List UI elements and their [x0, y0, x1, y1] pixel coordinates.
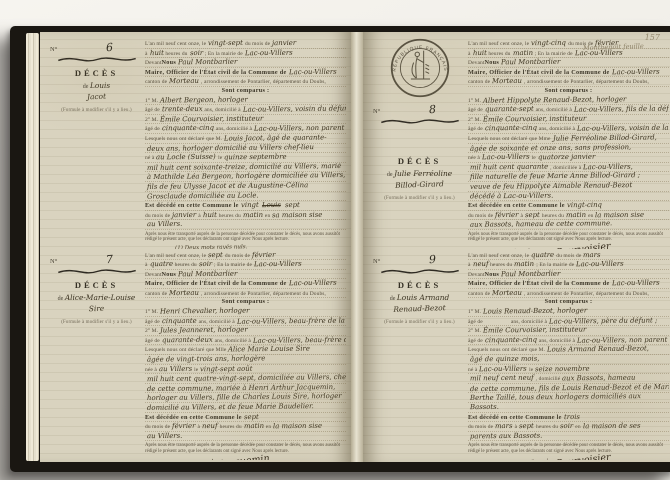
handwritten-text: cinquante — [162, 317, 197, 326]
deces-heading: DÉCÈS — [48, 68, 145, 78]
form-lines: L'an mil neuf cent onze, le vingt-sept d… — [145, 39, 346, 230]
form-line: 1° M. Henri Chevalier, horloger — [145, 307, 346, 317]
printed-bold-text: Sont comparus : — [222, 87, 270, 96]
handwritten-text: vingt-cinq — [531, 39, 566, 48]
form-lines: L'an mil neuf cent onze, le quatre du mo… — [468, 251, 669, 442]
form-line: Sont comparus : — [145, 298, 346, 307]
deceased-name: de Julie Ferréoline — [371, 169, 468, 178]
handwritten-text: Morteau — [169, 289, 199, 298]
handwritten-text: Lac-ou-Villers, voisin du défunt — [243, 105, 346, 114]
no-label: N° — [373, 108, 380, 115]
printed-text: du mois de — [556, 252, 581, 261]
handwritten-text: au Villers. — [147, 220, 182, 229]
handwritten-text: Lac-ou-Villers, non parent du défunt ; — [254, 124, 346, 133]
printed-text: née à — [468, 154, 480, 163]
handwritten-text: seize novembre — [535, 365, 590, 374]
handwritten-text: Lac-ou-Villers — [611, 279, 659, 288]
printed-text: , arrondissement de Pontarlier, départem… — [201, 290, 326, 299]
register-page-left: N° 6 DÉCÈS de Louis Jacot (Formule à mod… — [40, 32, 351, 462]
handwritten-text: la maison sise — [273, 422, 322, 431]
form-line: née à Lac-ou-Villers le quatorze janvier — [468, 153, 669, 163]
form-line: L'an mil neuf cent onze, le sept du mois… — [145, 251, 346, 261]
form-line: âgé de cinquante-cinq ans, domicilié à L… — [468, 336, 669, 346]
ink-flourish — [53, 55, 141, 64]
printed-text: en — [575, 423, 580, 432]
printed-bold-text: Maire, Officier de l'État civil de la Co… — [468, 280, 610, 289]
handwritten-text: sept — [525, 211, 540, 220]
form-line: Maire, Officier de l'État civil de la Co… — [468, 68, 669, 78]
handwritten-text: quarante-sept — [485, 105, 534, 114]
form-line: 2° M. Émile Courvoisier, instituteur — [468, 115, 669, 125]
form-line: Grosclaude domiciliée au Locle. — [145, 192, 346, 202]
deceased-name: de Alice-Marie-Louise — [48, 293, 145, 302]
form-line: âgé de cinquante-cinq ans, domicilié à L… — [145, 124, 346, 134]
printed-bold-text: Nous — [484, 59, 499, 68]
printed-text: 1° M. — [145, 97, 158, 106]
handwritten-text: matin — [513, 49, 533, 58]
printed-text: âgé de — [145, 318, 160, 327]
printed-text: ans, domicilié à — [511, 318, 547, 327]
printed-text: le — [529, 366, 533, 375]
scan-background: N° 6 DÉCÈS de Louis Jacot (Formule à mod… — [0, 0, 670, 480]
printed-text: à — [198, 212, 201, 221]
printed-text: heures du — [490, 261, 512, 270]
form-line: Devant NousPaul Montbarlier — [145, 58, 346, 68]
handwritten-text: quarante-deux — [162, 336, 213, 345]
printed-text: âgé de — [468, 337, 483, 346]
printed-bold-text: Nous — [161, 59, 176, 68]
handwritten-text: Albert Bergeon, horloger — [160, 96, 248, 105]
printed-text: ans, domicilié à — [216, 125, 252, 134]
printed-text: à — [468, 50, 471, 59]
printed-text: âgé de — [468, 318, 483, 327]
entry-margin-column: N° 7 DÉCÈS de Alice-Marie-Louise Sire (F… — [48, 249, 145, 461]
form-line: décédé à Lac-ou-Villers. — [468, 192, 669, 202]
printed-text: le — [194, 366, 198, 375]
form-line: Devant NousPaul Montbarlier — [468, 270, 669, 280]
act-number-row: N° 6 — [48, 41, 145, 55]
form-line: fille naturelle de feue Marie Anne Billo… — [468, 172, 669, 182]
form-line: Lesquels nous ont déclaré que M. Louis A… — [468, 345, 669, 355]
handwritten-text: Louis Jacot, âgé de quarante- — [224, 134, 327, 143]
form-line: canton de Morteau, arrondissement de Pon… — [468, 289, 669, 299]
handwritten-text: aux Bassots, hameau de cette commune. — [470, 220, 612, 229]
printed-text: Devant — [145, 59, 161, 68]
printed-text: Lesquels nous ont déclaré que Mlle — [145, 346, 226, 355]
handwritten-text: Morteau — [169, 77, 199, 86]
signatures-block: Renaud Bezot LouisE. CourvoisierMontbarl… — [468, 456, 669, 460]
handwritten-text: veuve de feu Hippolyte Aimable Renaud-Be… — [470, 182, 632, 191]
printed-text: en — [588, 212, 593, 221]
form-line: Berthe Taillé, tous deux horlogers domic… — [468, 393, 669, 403]
de-label: de — [58, 296, 64, 302]
handwritten-text: matin — [514, 260, 534, 269]
form-line: 1° M. Albert Hippolyte Renaud-Bezot, hor… — [468, 96, 669, 106]
form-line: Sont comparus : — [468, 298, 669, 307]
handwritten-text: Paul Montbarlier — [178, 58, 237, 67]
handwritten-text: soir — [190, 49, 203, 58]
deces-heading: DÉCÈS — [371, 156, 468, 166]
handwritten-text: quinze septembre — [224, 153, 287, 162]
form-line: domicilié au Villers, et de feue Marie B… — [145, 403, 346, 413]
handwritten-text: Jules Jeanneret, horloger — [160, 326, 248, 335]
printed-text: à — [198, 423, 201, 432]
form-line: canton de Morteau, arrondissement de Pon… — [145, 77, 346, 87]
handwritten-text: horloger au Villers, fille de Charles Lo… — [147, 393, 342, 403]
handwritten-text: Lac-ou-Villers, — [583, 163, 633, 172]
form-line: Lesquels nous ont déclaré que Mlle Alice… — [145, 345, 346, 355]
handwritten-text: cinquante-cinq — [485, 124, 537, 133]
handwritten-text: Henri Chevalier, horloger — [160, 307, 250, 316]
handwritten-text: Paul Montbarlier — [178, 270, 237, 279]
printed-bold-text: Sont comparus : — [545, 87, 593, 96]
printed-text: âgé de — [145, 106, 160, 115]
printed-text: ans, domicilié à — [199, 318, 235, 327]
printed-text: en — [265, 212, 270, 221]
printed-text: 2° M. — [145, 327, 158, 336]
handwritten-text: Bassots. — [470, 403, 499, 412]
ink-flourish — [376, 267, 464, 276]
form-line: de cette commune, mariée à Henri Arthur … — [145, 384, 346, 394]
form-line: au Villers. — [145, 432, 346, 442]
book-gutter — [351, 32, 363, 462]
printed-text: ; En la mairie de — [214, 261, 252, 270]
handwritten-text: février — [252, 251, 275, 260]
printed-text: âgé de — [145, 337, 160, 346]
handwritten-text: Morteau — [492, 289, 522, 298]
handwritten-text: fille naturelle de feue Marie Anne Billo… — [470, 172, 640, 181]
act-number: 7 — [106, 252, 114, 265]
handwritten-text: mil neuf cent neuf — [470, 374, 534, 383]
handwritten-text: Grosclaude domiciliée au Locle. — [147, 192, 259, 201]
printed-bold-text: Est décédée en cette Commune le — [145, 414, 242, 423]
form-line: née à au Villers le vingt-sept août — [145, 365, 346, 375]
act-number: 8 — [429, 103, 437, 116]
formule-note: (Formule à modifier s'il y a lieu.) — [48, 108, 145, 113]
de-label: de — [390, 296, 396, 302]
closing-paragraph: Après nous être transporté auprès de la … — [145, 443, 346, 454]
printed-text: heures du — [175, 261, 197, 270]
printed-text: en — [266, 423, 271, 432]
printed-text: , arrondissement de Pontarlier, départem… — [201, 78, 326, 87]
deces-block: DÉCÈS de Louis Jacot (Formule à modifier… — [48, 68, 145, 113]
formule-note: (Formule à modifier s'il y a lieu.) — [371, 320, 468, 325]
handwritten-text: au Villers — [159, 365, 192, 374]
closing-paragraph: Après nous être transporté auprès de la … — [468, 443, 669, 454]
handwritten-text: de cette commune, mariée à Henri Arthur … — [147, 384, 335, 394]
printed-bold-text: Sont comparus : — [545, 298, 593, 307]
handwritten-text: de cette commune, fils de Louis Renaud-B… — [470, 384, 669, 394]
printed-bold-text: Est décédée en cette Commune le — [468, 202, 565, 211]
handwritten-text: Lac-ou-Villers, voisin de la défunte ; — [577, 124, 669, 133]
handwritten-text: fils de feu Ulysse Jacot et de Augustine… — [147, 182, 308, 191]
form-line: Bassots. — [468, 403, 669, 413]
deceased-name-line: Julie Ferréoline — [394, 169, 452, 178]
handwritten-text: quatre — [531, 251, 554, 260]
handwritten-text: mil huit cent soixante-treize, domicilié… — [147, 163, 341, 173]
form-line: âgé de quinze mois, — [468, 355, 669, 365]
form-line: né à Lac-ou-Villers le seize novembre — [468, 365, 669, 375]
printed-text: né à — [145, 154, 154, 163]
printed-text: 1° M. — [145, 308, 158, 317]
form-line: mil huit cent quatre-vingt-sept, domicil… — [145, 374, 346, 384]
handwritten-text: Lac-ou-Villers, fils de la défunte — [574, 105, 669, 114]
printed-text: canton de — [145, 290, 167, 299]
handwritten-text: Lac-ou-Villers — [576, 260, 624, 269]
printed-text: âgé de — [468, 125, 483, 134]
form-line: Maire, Officier de l'État civil de la Co… — [145, 68, 346, 78]
printed-text: à — [145, 261, 148, 270]
handwritten-text: Paul Montbarlier — [501, 58, 560, 67]
printed-text: né à — [468, 366, 477, 375]
republique-francaise-stamp: RÉPUBLIQUE FRANÇAISE — [389, 37, 451, 99]
handwritten-text: Lac-ou-Villers — [254, 260, 302, 269]
form-line: âgée de soixante et onze ans, sans profe… — [468, 144, 669, 154]
handwritten-text: décédé à Lac-ou-Villers. — [470, 192, 553, 201]
form-line: L'an mil neuf cent onze, le vingt-sept d… — [145, 39, 346, 49]
printed-text: Lesquels nous ont déclaré que M. — [468, 346, 545, 355]
de-label: de — [83, 84, 89, 90]
printed-bold-text: Est décédé en cette Commune le — [145, 202, 239, 211]
handwritten-text: matin — [243, 211, 263, 220]
handwritten-text: Louis Armand Renaud-Bezot, — [547, 345, 649, 354]
printed-text: L'an mil neuf cent onze, le — [145, 40, 206, 49]
act-number-row: N° 9 — [371, 253, 468, 267]
printed-text: le — [218, 154, 222, 163]
printed-text: 1° M. — [468, 97, 481, 106]
death-record-entry: N° 6 DÉCÈS de Louis Jacot (Formule à mod… — [48, 37, 349, 249]
printed-text: ans, domicilié à — [204, 106, 240, 115]
handwritten-text: huit — [473, 49, 487, 58]
signatures-block: Chevalier HenriJacqueminMontbarlier — [145, 456, 346, 460]
form-line: canton de Morteau, arrondissement de Pon… — [468, 77, 669, 87]
form-line: Maire, Officier de l'État civil de la Co… — [145, 279, 346, 289]
form-line: âgé de cinquante ans, domicilié à Lac-ou… — [145, 317, 346, 327]
deces-block: DÉCÈS de Julie Ferréoline Billod-Girard … — [371, 156, 468, 201]
entry-body: L'an mil neuf cent onze, le quatre du mo… — [468, 249, 670, 461]
handwritten-text: vingt-cinq — [567, 201, 602, 210]
printed-text: du mois de — [145, 423, 170, 432]
entry-margin-column: N° 9 DÉCÈS de Louis Armand Renaud-Bezot … — [371, 249, 468, 461]
handwritten-text: âgé de quinze mois, — [470, 355, 540, 364]
handwritten-text: la maison de ses — [583, 422, 641, 431]
printed-text: née à — [145, 366, 157, 375]
form-line: parents aux Bassots. — [468, 432, 669, 442]
printed-text: L'an mil neuf cent onze, le — [145, 252, 206, 261]
printed-text: , arrondissement de Pontarlier, départem… — [524, 290, 649, 299]
printed-text: , arrondissement de Pontarlier, départem… — [524, 78, 649, 87]
printed-text: Devant — [468, 271, 484, 280]
printed-text: à — [515, 423, 518, 432]
entry-body: L'an mil neuf cent onze, le vingt-sept d… — [145, 37, 349, 249]
death-record-entry: N° 9 DÉCÈS de Louis Armand Renaud-Bezot … — [371, 249, 670, 461]
deceased-name-line: Jacot — [48, 90, 145, 102]
printed-text: 1° M. — [468, 308, 481, 317]
handwritten-text: trente-deux — [162, 105, 203, 114]
de-label: de — [387, 172, 393, 178]
printed-text: le — [532, 154, 536, 163]
form-line: âgé de cinquante-cinq ans, domicilié à L… — [468, 124, 669, 134]
handwritten-text: âgée de soixante et onze ans, sans profe… — [470, 144, 631, 153]
printed-text: , domicilié — [536, 375, 561, 384]
handwritten-text: la maison sise — [595, 211, 644, 220]
handwritten-text: Lac-ou-Villers — [288, 68, 336, 77]
printed-text: âgé de — [145, 125, 160, 134]
printed-text: âgé de — [468, 106, 483, 115]
handwritten-text: Lac-ou-Villers — [479, 365, 527, 374]
form-line: 2° M. Émile Courvoisier, instituteur — [145, 115, 346, 125]
printed-text: canton de — [145, 78, 167, 87]
form-line: 1° M. Albert Bergeon, horloger — [145, 96, 346, 106]
form-line: Maire, Officier de l'État civil de la Co… — [468, 279, 669, 289]
form-line: Devant NousPaul Montbarlier — [145, 270, 346, 280]
printed-text: ans, domicilié à — [536, 106, 572, 115]
handwritten-text: Louis Renaud-Bezot, horloger — [483, 307, 587, 316]
form-lines: L'an mil neuf cent onze, le sept du mois… — [145, 251, 346, 442]
handwritten-text: mars — [495, 422, 513, 431]
form-line: mil huit cent quarante, domiciliée à Lac… — [468, 163, 669, 173]
handwritten-text: Julie Ferréoline Billod-Girard, — [553, 134, 657, 143]
entry-margin-column: N° 6 DÉCÈS de Louis Jacot (Formule à mod… — [48, 37, 145, 249]
printed-bold-text: Nous — [161, 271, 176, 280]
deces-heading: DÉCÈS — [371, 280, 468, 290]
handwritten-text: Émile Courvoisier, instituteur — [160, 115, 263, 124]
form-line: Est décédée en cette Commune lesept — [145, 413, 346, 423]
printed-text: 2° M. — [468, 116, 481, 125]
no-label: N° — [50, 46, 57, 53]
handwritten-text: Paul Montbarlier — [501, 270, 560, 279]
form-line: Lesquels nous ont déclaré que Mme Julie … — [468, 134, 669, 144]
handwritten-text: quatorze janvier — [538, 153, 595, 162]
printed-text: du mois de — [245, 40, 270, 49]
deces-block: DÉCÈS de Louis Armand Renaud-Bezot (Form… — [371, 280, 468, 325]
handwritten-text: trois — [564, 413, 580, 422]
form-line: canton de Morteau, arrondissement de Pon… — [145, 289, 346, 299]
handwritten-text: sa maison sise — [272, 211, 322, 220]
deceased-name-line: Alice-Marie-Louise — [65, 293, 135, 302]
act-number: 9 — [429, 252, 437, 265]
form-line: Lesquels nous ont déclaré que M. Louis J… — [145, 134, 346, 144]
form-line: Sont comparus : — [145, 87, 346, 96]
handwritten-text: Émile Courvoisier, instituteur — [483, 115, 586, 124]
form-line: à huit heures du soir ; En la mairie de … — [145, 49, 346, 59]
printed-bold-text: Maire, Officier de l'État civil de la Co… — [468, 69, 610, 78]
printed-text: Devant — [145, 271, 161, 280]
form-line: Est décédé en cette Commune letrois — [468, 413, 669, 423]
formule-note: (Formule à modifier s'il y a lieu.) — [371, 196, 468, 201]
handwritten-text: janvier — [272, 39, 296, 48]
form-line: à quatre heures du soir ; En la mairie d… — [145, 260, 346, 270]
handwritten-text: Lac-ou-Villers, père du défunt ; — [549, 317, 657, 326]
handwritten-text: Lac-ou-Villers — [482, 153, 530, 162]
open-pages: N° 6 DÉCÈS de Louis Jacot (Formule à mod… — [40, 32, 670, 462]
entry-margin-column: RÉPUBLIQUE FRANÇAISE N° 8 — [371, 37, 468, 249]
form-line: âgé de trente-deux ans, domicilié à Lac-… — [145, 105, 346, 115]
death-record-entry: N° 7 DÉCÈS de Alice-Marie-Louise Sire (F… — [48, 249, 349, 461]
form-line: du mois de février à neuf heures du mati… — [145, 422, 346, 432]
page-number-annotation: 157 — [645, 33, 660, 42]
printed-text: L'an mil neuf cent onze, le — [468, 40, 529, 49]
handwritten-text: Lac-ou-Villers, beau-frère de la défunte — [237, 317, 346, 326]
ink-flourish — [53, 267, 141, 276]
form-line: à Mathilde Léa Bergeon, horlogère domici… — [145, 172, 346, 182]
printed-text: du mois de — [468, 423, 493, 432]
form-line: Sont comparus : — [468, 87, 669, 96]
handwritten-text: deux ans, horloger domicilié au Villers … — [147, 144, 314, 153]
printed-text: ; En la mairie de — [535, 50, 573, 59]
handwritten-text: Lac-ou-Villers — [611, 68, 659, 77]
handwritten-text: sept — [519, 422, 534, 431]
form-line: aux Bassots, hameau de cette commune. — [468, 220, 669, 230]
deceased-name-line: Louis — [90, 81, 110, 90]
handwritten-text: sept — [285, 201, 300, 210]
handwritten-text: aux Bassots, hameau — [562, 374, 635, 383]
printed-text: ans, domicilié à — [539, 337, 575, 346]
handwritten-text: au Villers. — [147, 432, 182, 441]
handwritten-text: domicilié au Villers, et de feue Marie B… — [147, 403, 314, 412]
handwritten-text: matin — [244, 422, 264, 431]
printed-text: heures du — [220, 423, 242, 432]
deceased-name: de Louis — [48, 81, 145, 90]
printed-text: heures du — [165, 50, 187, 59]
printed-text: 2° M. — [468, 327, 481, 336]
handwritten-text: soir — [560, 422, 573, 431]
handwritten-text: Morteau — [492, 77, 522, 86]
form-line: âgée de vingt-trois ans, horlogère — [145, 355, 346, 365]
entry-body: L'an mil neuf cent onze, le sept du mois… — [145, 249, 349, 461]
printed-text: Lesquels nous ont déclaré que Mme — [468, 135, 551, 144]
no-label: N° — [50, 258, 57, 265]
form-line: Est décédée en cette Commune levingt-cin… — [468, 201, 669, 211]
deceased-name-line: Louis Armand — [397, 293, 449, 302]
handwritten-text: Alice Marie Louise Sire — [228, 345, 310, 354]
handwritten-text: février — [172, 422, 195, 431]
handwritten-text: cinquante-cinq — [162, 124, 214, 133]
printed-text: 2° M. — [145, 116, 158, 125]
handwritten-text: mars — [583, 251, 601, 260]
printed-text: heures du — [219, 212, 241, 221]
handwritten-text: Berthe Taillé, tous deux horlogers domic… — [470, 393, 641, 402]
deceased-name-line: Renaud-Bezot — [371, 302, 468, 314]
printed-text: Lesquels nous ont déclaré que M. — [145, 135, 222, 144]
form-line: Devant NousPaul Montbarlier — [468, 58, 669, 68]
printed-text: ans, domicilié à — [539, 125, 575, 134]
handwritten-text: Lac-ou-Villers, non parent du défunt ; — [577, 336, 669, 345]
printed-bold-text: Maire, Officier de l'État civil de la Co… — [145, 280, 287, 289]
handwritten-text: Lac-ou-Villers — [288, 279, 336, 288]
handwritten-text: Albert Hippolyte Renaud-Bezot, horloger — [483, 96, 626, 105]
handwritten-text: vingt — [241, 201, 259, 210]
form-line: né à au Locle (Suisse) le quinze septemb… — [145, 153, 346, 163]
printed-text: du mois de — [145, 212, 170, 221]
printed-text: L'an mil neuf cent onze, le — [468, 252, 529, 261]
register-book: N° 6 DÉCÈS de Louis Jacot (Formule à mod… — [10, 26, 670, 472]
handwritten-text: février — [495, 211, 518, 220]
form-line: 2° M. Jules Jeanneret, horloger — [145, 326, 346, 336]
form-line: Est décédé en cette Commune levingt Loui… — [145, 201, 346, 211]
act-number: 6 — [106, 41, 114, 54]
printed-text: ans, domicilié à — [215, 337, 251, 346]
form-line: du mois de janvier à huit heures du mati… — [145, 211, 346, 221]
printed-text: , domiciliée à — [550, 164, 581, 173]
act-number-row: N° 8 — [371, 103, 468, 117]
deces-heading: DÉCÈS — [48, 280, 145, 290]
marianne-figure — [410, 51, 429, 79]
form-line: de cette commune, fils de Louis Renaud-B… — [468, 384, 669, 394]
handwritten-text: vingt-sept — [208, 39, 243, 48]
printed-text: heures du — [536, 423, 558, 432]
handwritten-text: vingt-sept août — [200, 365, 253, 374]
